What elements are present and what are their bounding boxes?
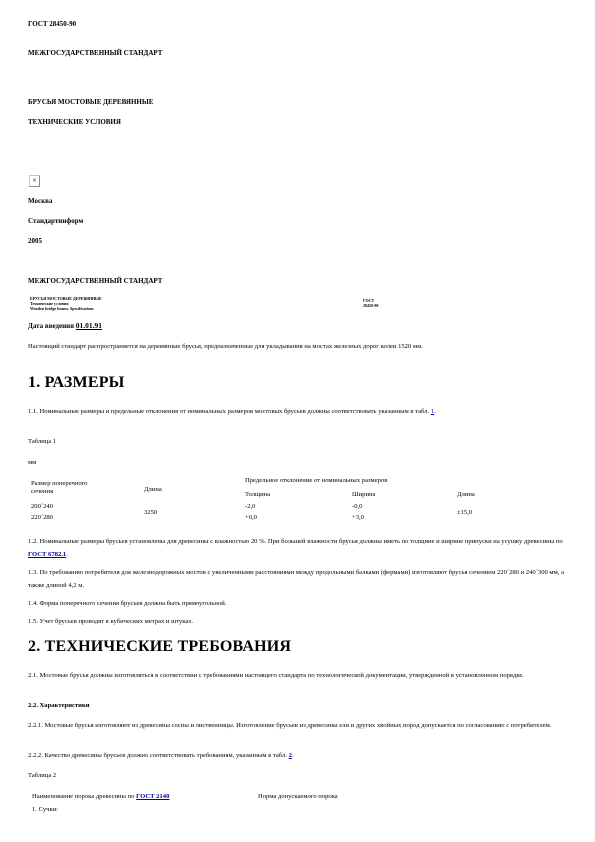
date-of-introduction: Дата введения 01.01.91 — [28, 321, 102, 331]
paragraph-1-3: 1.3. По требованию потребителя для желез… — [28, 566, 568, 592]
table-1: Размер поперечного сечения Длина Предель… — [28, 475, 568, 530]
table-1-unit: мм — [28, 456, 568, 469]
doc-code: ГОСТ 28450-90 — [28, 19, 76, 29]
length-value: 3250 — [144, 509, 157, 517]
table-1-link[interactable]: 1 — [431, 408, 434, 415]
date-label: Дата введения — [28, 322, 74, 330]
paragraph-1-5: 1.5. Учет брусьев проводят в кубических … — [28, 615, 568, 628]
standard-type-2: МЕЖГОСУДАРСТВЕННЫЙ СТАНДАРТ — [28, 276, 162, 286]
title-block-code-value: 28450-90 — [363, 303, 378, 308]
t2-col2-header: Норма допускаемого порока — [258, 793, 338, 801]
gost-2140-link[interactable]: ГОСТ 2140 — [136, 793, 169, 800]
paragraph-2-2-2: 2.2.2. Качество древесины брусьев должно… — [28, 749, 568, 762]
paragraph-1-4: 1.4. Форма поперечного сечения брусьев д… — [28, 597, 568, 610]
row-1-section: 200´240 — [31, 503, 53, 511]
city: Москва — [28, 196, 52, 206]
row-2-thickness: +0,0 — [245, 514, 257, 522]
publisher: Стандартинформ — [28, 216, 83, 226]
date-value: 01.01.91 — [76, 321, 102, 330]
table-2: Наименование порока древесины по ГОСТ 21… — [28, 790, 568, 830]
table-2-link[interactable]: 2 — [289, 752, 292, 759]
section-2-heading: 2. ТЕХНИЧЕСКИЕ ТРЕБОВАНИЯ — [28, 638, 291, 656]
paragraph-1-2: 1.2. Номинальные размеры брусьев установ… — [28, 535, 568, 561]
doc-title: БРУСЬЯ МОСТОВЫЕ ДЕРЕВЯННЫЕ — [28, 97, 153, 107]
gost-6782-link[interactable]: ГОСТ 6782.1 — [28, 551, 66, 558]
length-deviation: ±15,0 — [457, 509, 472, 517]
row-1-width: -0,0 — [352, 503, 362, 511]
section-1-heading: 1. РАЗМЕРЫ — [28, 374, 125, 392]
broken-image-icon: × — [29, 175, 40, 187]
t2-row-knots: 1. Сучки: — [32, 806, 58, 814]
paragraph-1-1: 1.1. Номинальные размеры и предельные от… — [28, 405, 568, 418]
th-section-size: Размер поперечного сечения — [31, 480, 111, 496]
th-thickness: Толщина — [245, 491, 270, 499]
intro-paragraph: Настоящий стандарт распространяется на д… — [28, 340, 568, 353]
th-width: Ширина — [352, 491, 375, 499]
table-1-caption: Таблица 1 — [28, 435, 568, 448]
row-1-thickness: -2,0 — [245, 503, 255, 511]
table-2-caption: Таблица 2 — [28, 769, 568, 782]
year: 2005 — [28, 236, 42, 246]
paragraph-2-2: 2.2. Характеристики — [28, 699, 568, 712]
t2-col1-header: Наименование порока древесины по ГОСТ 21… — [32, 793, 169, 801]
th-length: Длина — [144, 486, 162, 494]
paragraph-2-2-1: 2.2.1. Мостовые брусья изготовляют из др… — [28, 719, 568, 732]
th-length-deviation: Длина — [457, 491, 475, 499]
row-2-section: 220´280 — [31, 514, 53, 522]
paragraph-2-1: 2.1. Мостовые брусья должны изготовлятьс… — [28, 669, 568, 682]
doc-subtitle: ТЕХНИЧЕСКИЕ УСЛОВИЯ — [28, 117, 121, 127]
standard-type: МЕЖГОСУДАРСТВЕННЫЙ СТАНДАРТ — [28, 48, 162, 58]
row-2-width: +3,0 — [352, 514, 364, 522]
title-block-name-en: Wooden bridge beams. Specifications — [30, 306, 94, 311]
th-deviation-group: Предельное отклонение от номинальных раз… — [245, 477, 387, 485]
